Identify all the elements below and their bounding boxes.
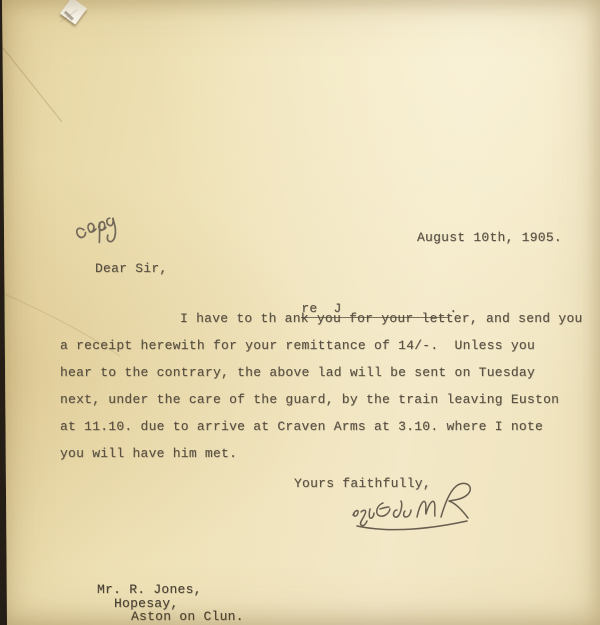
recipient-village: Aston on Clun. (131, 610, 244, 624)
letter-page: copy August 10th, 1905. Dear Sir, re J. … (0, 0, 600, 625)
body-line-5: at 11.10. due to arrive at Craven Arms a… (60, 420, 543, 434)
recipient-name: Mr. R. Jones, (97, 583, 202, 597)
body-line-4: next, under the care of the guard, by th… (60, 393, 559, 407)
scanned-letter-1905: copy August 10th, 1905. Dear Sir, re J. … (0, 0, 600, 625)
body-line-2: a receipt herewith for your remittance o… (60, 339, 535, 353)
signature-handwriting (345, 479, 490, 537)
paper-tear-notch (60, 0, 87, 25)
body-line-6: you will have him met. (60, 447, 237, 461)
letter-date: August 10th, 1905. (417, 231, 562, 245)
copy-annotation-handwriting (68, 198, 138, 250)
body-line-1: I have to th ank you for your letter, an… (60, 312, 583, 326)
salutation: Dear Sir, (95, 262, 167, 276)
body-line-3: hear to the contrary, the above lad will… (60, 366, 535, 380)
